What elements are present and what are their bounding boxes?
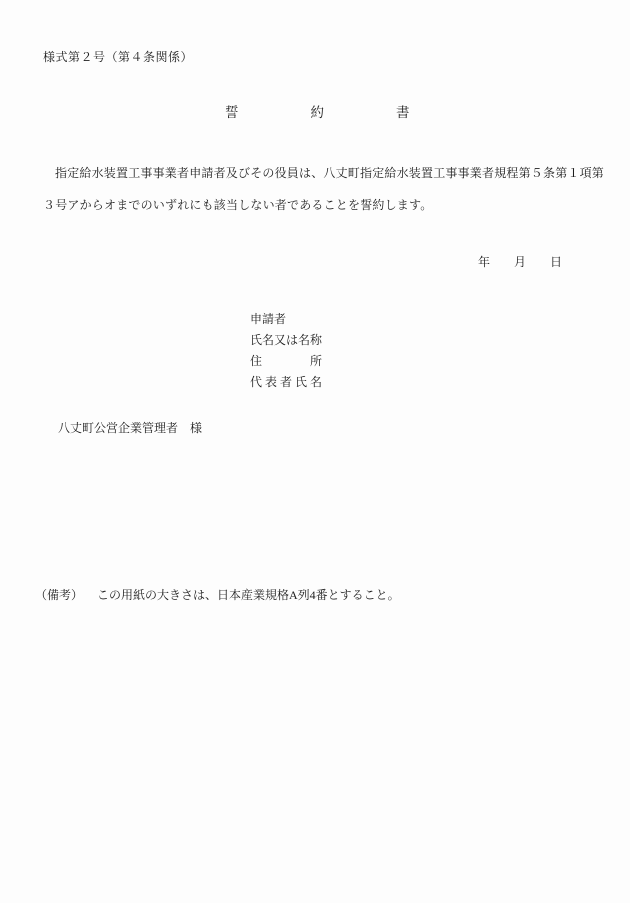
applicant-address-right-char: 所 [310,351,322,372]
date-month-label: 月 [514,253,526,270]
date-year-label: 年 [478,253,490,270]
remarks-text: この用紙の大きさは、日本産業規格A列4番とすること。 [97,586,400,603]
addressee-line: 八丈町公営企業管理者 様 [58,419,202,436]
applicant-heading: 申請者 [250,309,322,330]
form-number: 様式第２号（第４条関係） [43,48,193,65]
applicant-address-label: 住 所 [250,351,322,372]
remarks-label: （備考） [35,586,83,603]
document-title: 誓約書 [225,101,482,121]
applicant-name-label: 氏名又は名称 [250,330,322,351]
remarks-line: （備考） この用紙の大きさは、日本産業規格A列4番とすること。 [35,586,400,603]
pledge-paragraph-line-2: ３号アからオまでのいずれにも該当しない者であることを誓約します。 [43,196,432,213]
date-day-label: 日 [550,253,562,270]
date-line: 年 月 日 [478,253,562,270]
applicant-address-left-char: 住 [250,351,262,372]
document-page: 様式第２号（第４条関係） 誓約書 指定給水装置工事事業者申請者及びその役員は、八… [0,0,630,903]
pledge-paragraph-line-1: 指定給水装置工事事業者申請者及びその役員は、八丈町指定給水装置工事事業者規程第５… [55,164,604,181]
applicant-representative-label: 代表者氏名 [250,372,322,393]
applicant-block: 申請者 氏名又は名称 住 所 代表者氏名 [250,309,322,393]
